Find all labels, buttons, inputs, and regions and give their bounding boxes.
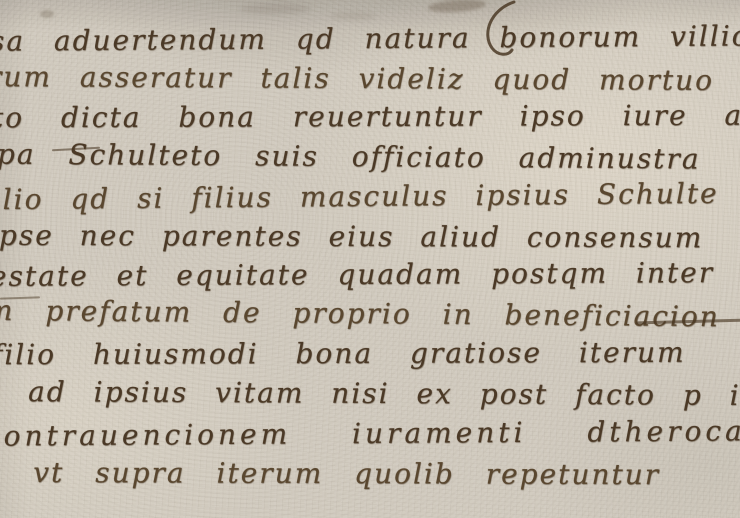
manuscript-line: t ad ipsius vitam nisi ex post facto p i… (0, 375, 740, 412)
manuscript-line: estate et equitate quadam postqm inter (0, 256, 714, 293)
ink-smudge (428, 0, 487, 14)
manuscript-page: sa aduertendum qd natura bonorum villico… (0, 0, 740, 518)
manuscript-line: s vt supra iterum quolib repetuntur (0, 456, 660, 491)
manuscript-line: to dicta bona reuertuntur ipso iure ad (0, 99, 740, 135)
manuscript-line: rum asseratur talis videliz quod mortuo (0, 60, 714, 97)
manuscript-line: sa aduertendum qd natura bonorum villico (0, 19, 740, 57)
manuscript-line: ipse nec parentes eius aliud consensum (0, 219, 703, 254)
manuscript-line: contrauencionem iuramenti dtherocat (0, 414, 740, 452)
manuscript-line: m prefatum de proprio in beneficiacion (0, 294, 720, 333)
manuscript-line: filio huiusmodi bona gratiose iterum (0, 336, 686, 371)
manuscript-line: ipa Schulteto suis officiato adminustra (0, 138, 701, 176)
manuscript-line: alio qd si filius masculus ipsius Schult… (0, 177, 719, 216)
showthrough-smudge (240, 4, 310, 14)
showthrough-smudge (330, 12, 376, 20)
showthrough-smudge (40, 10, 54, 18)
